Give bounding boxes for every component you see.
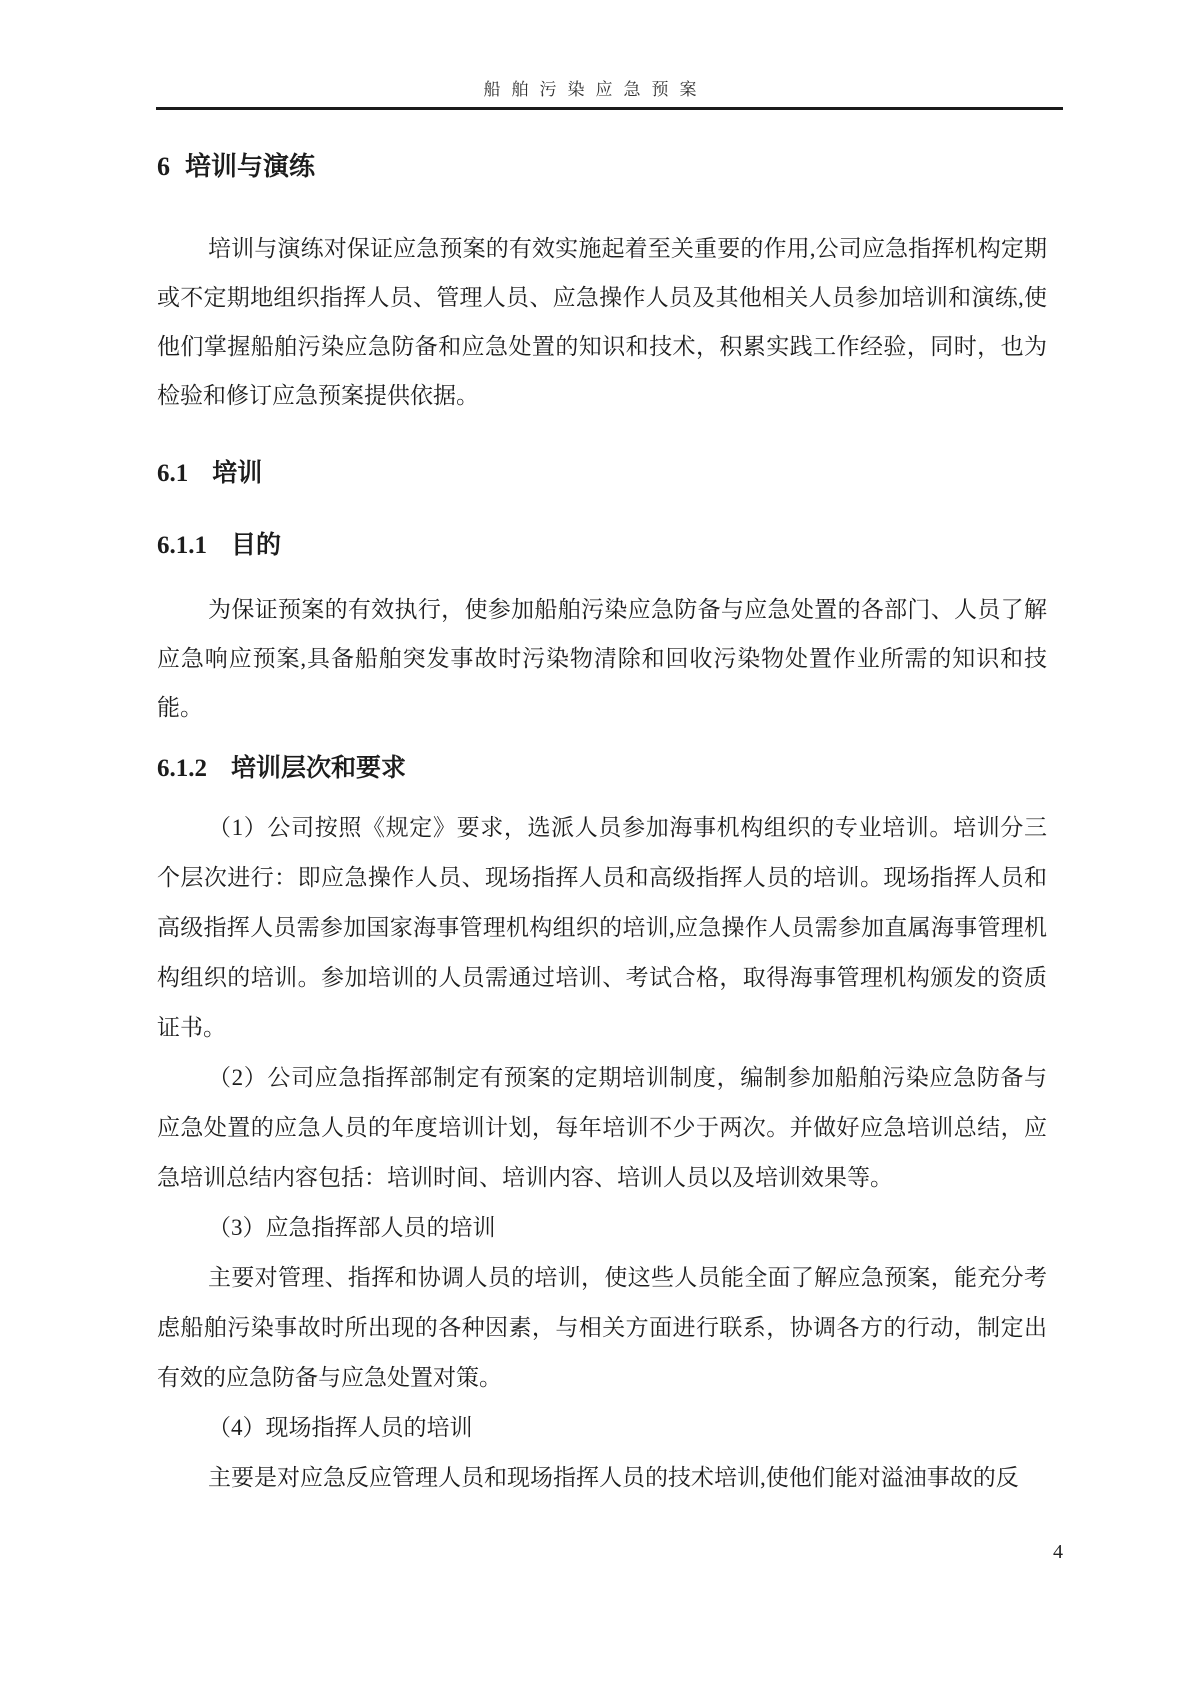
- chapter-intro-paragraph: 培训与演练对保证应急预案的有效实施起着至关重要的作用,公司应急指挥机构定期或不定…: [157, 224, 1047, 420]
- subsection-heading-6-1-1: 6.1.1目的: [157, 529, 281, 562]
- subsection-number: 6.1.1: [157, 532, 207, 559]
- training-paragraph-4: 主要对管理、指挥和协调人员的培训，使这些人员能全面了解应急预案，能充分考虑船舶污…: [157, 1253, 1047, 1403]
- chapter-heading: 6培训与演练: [157, 149, 315, 184]
- chapter-title: 培训与演练: [185, 151, 315, 181]
- subsection-title: 培训层次和要求: [231, 754, 406, 782]
- subsection-6-1-2-body: （1）公司按照《规定》要求，选派人员参加海事机构组织的专业培训。培训分三个层次进…: [157, 803, 1047, 1503]
- subsection-title: 目的: [231, 531, 281, 559]
- document-page: 船舶污染应急预案 6培训与演练 培训与演练对保证应急预案的有效实施起着至关重要的…: [0, 0, 1191, 1684]
- subsection-heading-6-1-2: 6.1.2培训层次和要求: [157, 752, 406, 785]
- training-paragraph-5: （4）现场指挥人员的培训: [157, 1403, 1047, 1453]
- section-heading-6-1: 6.1培训: [157, 457, 262, 490]
- chapter-number: 6: [157, 152, 170, 181]
- section-title: 培训: [212, 459, 262, 487]
- subsection-number: 6.1.2: [157, 755, 207, 782]
- page-number: 4: [1053, 1541, 1063, 1564]
- training-paragraph-3: （3）应急指挥部人员的培训: [157, 1203, 1047, 1253]
- section-number: 6.1: [157, 460, 188, 487]
- training-paragraph-6: 主要是对应急反应管理人员和现场指挥人员的技术培训,使他们能对溢油事故的反: [157, 1453, 1047, 1503]
- page-header-title: 船舶污染应急预案: [0, 75, 1191, 100]
- training-paragraph-2: （2）公司应急指挥部制定有预案的定期培训制度，编制参加船舶污染应急防备与应急处置…: [157, 1053, 1047, 1203]
- page-header-rule: [156, 107, 1063, 110]
- training-paragraph-1: （1）公司按照《规定》要求，选派人员参加海事机构组织的专业培训。培训分三个层次进…: [157, 803, 1047, 1053]
- subsection-6-1-1-body: 为保证预案的有效执行，使参加船舶污染应急防备与应急处置的各部门、人员了解应急响应…: [157, 585, 1047, 732]
